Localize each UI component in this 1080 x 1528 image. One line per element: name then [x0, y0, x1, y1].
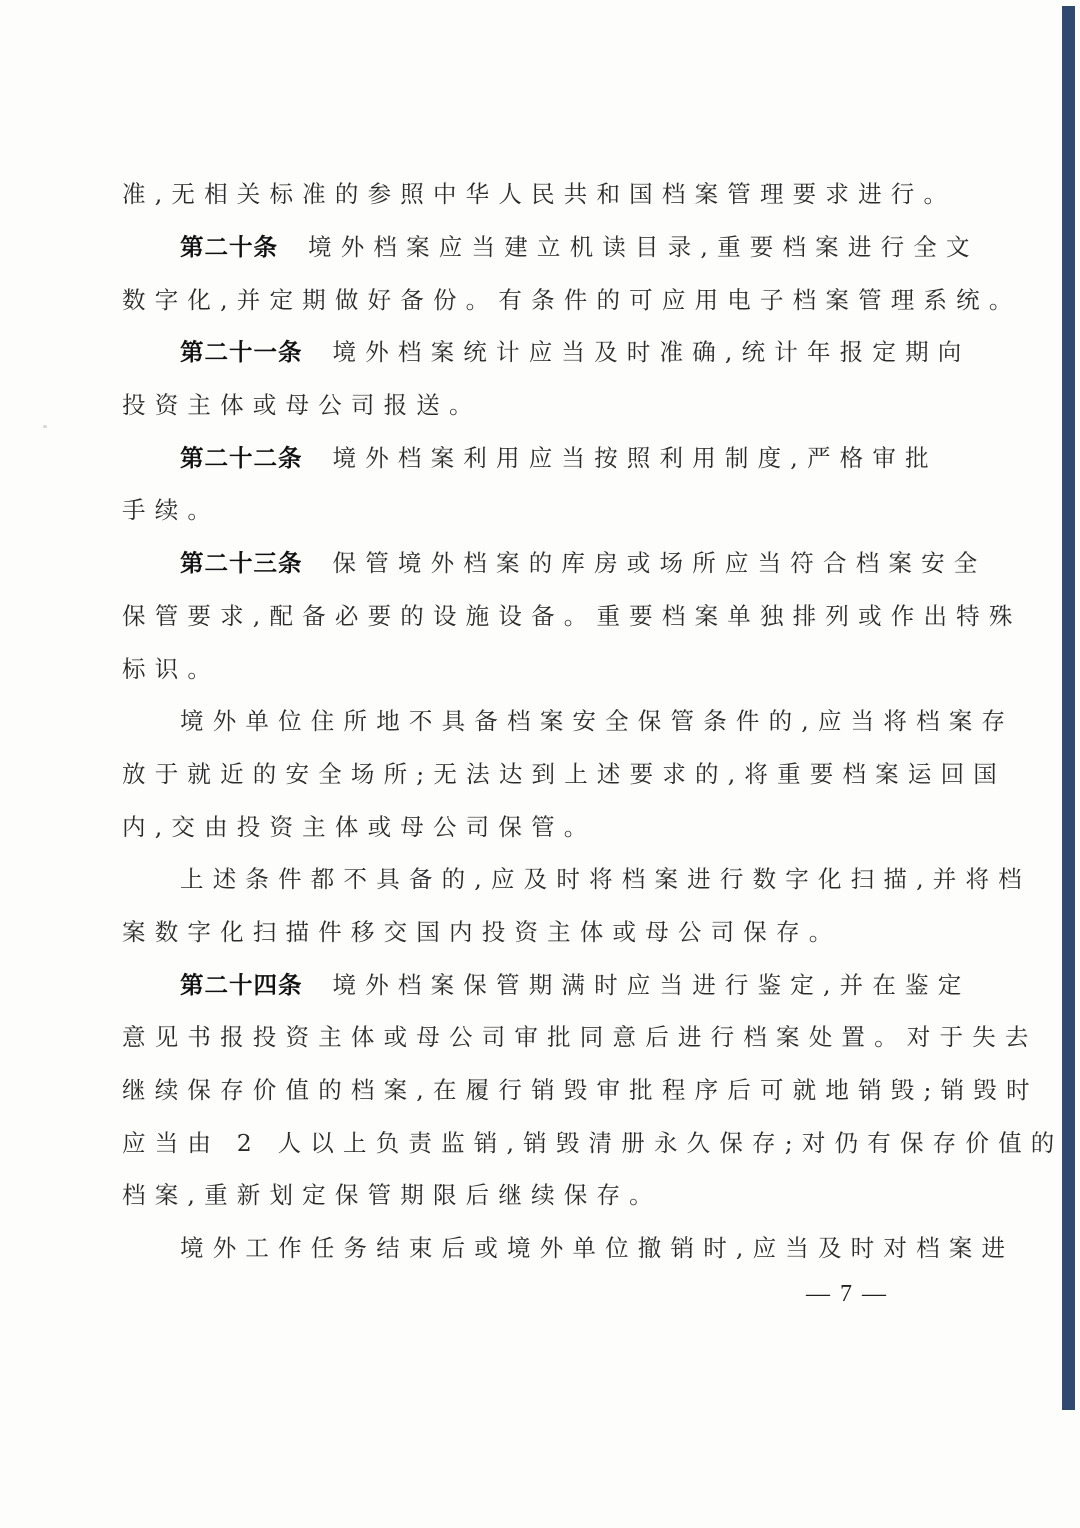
article-title: 第二十一条 [180, 332, 303, 372]
text-line: 手续。 [122, 484, 922, 537]
text-line: 内,交由投资主体或母公司保管。 [122, 800, 922, 853]
text-line: 上述条件都不具备的,应及时将档案进行数字化扫描,并将档 [122, 853, 922, 906]
text-line: 第二十条境外档案应当建立机读目录,重要档案进行全文 [122, 221, 922, 274]
text-line: 第二十四条境外档案保管期满时应当进行鉴定,并在鉴定 [122, 958, 922, 1011]
text-line: 第二十二条境外档案利用应当按照利用制度,严格审批 [122, 431, 922, 484]
text-line: 标识。 [122, 642, 922, 695]
text-line: 放于就近的安全场所;无法达到上述要求的,将重要档案运回国 [122, 748, 922, 801]
line-text: 境外档案统计应当及时准确,统计年报定期向 [333, 332, 971, 372]
text-line: 境外单位住所地不具备档案安全保管条件的,应当将档案存 [122, 695, 922, 748]
article-title: 第二十四条 [180, 965, 303, 1005]
text-line: 数字化,并定期做好备份。有条件的可应用电子档案管理系统。 [122, 273, 922, 326]
page-number: — 7 — [806, 1281, 888, 1308]
line-text: 应当由 2 人以上负责监销,销毁清册永久保存;对仍有保存价值的 [122, 1123, 1063, 1163]
line-text: 境外档案保管期满时应当进行鉴定,并在鉴定 [333, 965, 971, 1005]
line-text: 内,交由投资主体或母公司保管。 [122, 807, 596, 847]
line-text: 准,无相关标准的参照中华人民共和国档案管理要求进行。 [122, 174, 956, 214]
text-line: 准,无相关标准的参照中华人民共和国档案管理要求进行。 [122, 168, 922, 221]
text-line: 保管要求,配备必要的设施设备。重要档案单独排列或作出特殊 [122, 590, 922, 643]
line-text: 档案,重新划定保管期限后继续保存。 [122, 1175, 662, 1215]
line-text: 标识。 [122, 649, 220, 689]
binding-edge-bar [1062, 6, 1075, 1410]
article-title: 第二十条 [180, 227, 278, 267]
line-text: 境外档案利用应当按照利用制度,严格审批 [333, 438, 938, 478]
line-text: 境外单位住所地不具备档案安全保管条件的,应当将档案存 [180, 701, 1014, 741]
text-line: 境外工作任务结束后或境外单位撤销时,应当及时对档案进 [122, 1222, 922, 1275]
line-text: 数字化,并定期做好备份。有条件的可应用电子档案管理系统。 [122, 280, 1022, 320]
article-title: 第二十二条 [180, 438, 303, 478]
document-body: 准,无相关标准的参照中华人民共和国档案管理要求进行。第二十条境外档案应当建立机读… [122, 168, 922, 1274]
text-line: 应当由 2 人以上负责监销,销毁清册永久保存;对仍有保存价值的 [122, 1116, 922, 1169]
line-text: 上述条件都不具备的,应及时将档案进行数字化扫描,并将档 [180, 859, 1031, 899]
line-text: 案数字化扫描件移交国内投资主体或母公司保存。 [122, 912, 841, 952]
article-title: 第二十三条 [180, 543, 303, 583]
line-text: 投资主体或母公司报送。 [122, 385, 482, 425]
text-line: 档案,重新划定保管期限后继续保存。 [122, 1169, 922, 1222]
text-line: 第二十三条保管境外档案的库房或场所应当符合档案安全 [122, 537, 922, 590]
line-text: 放于就近的安全场所;无法达到上述要求的,将重要档案运回国 [122, 754, 1006, 794]
text-line: 投资主体或母公司报送。 [122, 379, 922, 432]
text-line: 第二十一条境外档案统计应当及时准确,统计年报定期向 [122, 326, 922, 379]
text-line: 继续保存价值的档案,在履行销毁审批程序后可就地销毁;销毁时 [122, 1064, 922, 1117]
line-text: 保管境外档案的库房或场所应当符合档案安全 [333, 543, 987, 583]
line-text: 境外档案应当建立机读目录,重要档案进行全文 [308, 227, 979, 267]
line-text: 继续保存价值的档案,在履行销毁审批程序后可就地销毁;销毁时 [122, 1070, 1039, 1110]
line-text: 手续。 [122, 490, 220, 530]
line-text: 保管要求,配备必要的设施设备。重要档案单独排列或作出特殊 [122, 596, 1022, 636]
line-text: 意见书报投资主体或母公司审批同意后进行档案处置。对于失去 [122, 1017, 1038, 1057]
text-line: 意见书报投资主体或母公司审批同意后进行档案处置。对于失去 [122, 1011, 922, 1064]
scan-speck [43, 425, 47, 428]
line-text: 境外工作任务结束后或境外单位撤销时,应当及时对档案进 [180, 1228, 1014, 1268]
text-line: 案数字化扫描件移交国内投资主体或母公司保存。 [122, 906, 922, 959]
